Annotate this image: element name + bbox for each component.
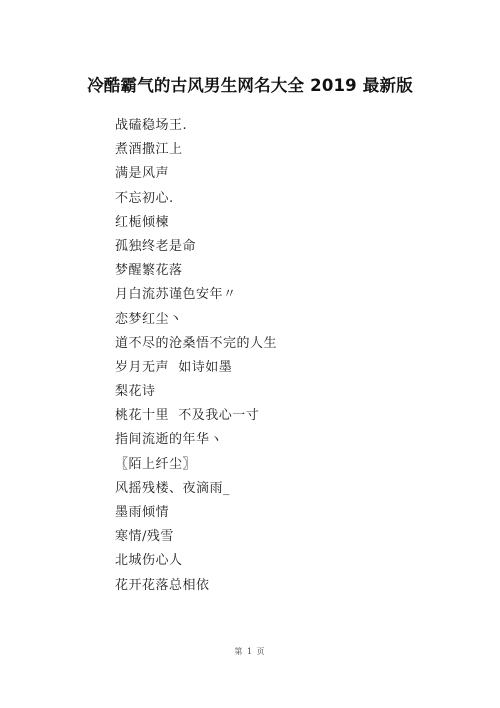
list-item: 月白流苏谨色安年〃	[115, 283, 277, 307]
list-item: 道不尽的沧桑悟不完的人生	[115, 332, 277, 356]
list-item: 不忘初心.	[115, 187, 277, 211]
list-item: 墨雨倾情	[115, 501, 277, 525]
list-item: 满是风声	[115, 162, 277, 186]
list-item: 〖陌上纤尘〗	[115, 453, 277, 477]
list-item: 孤独终老是命	[115, 235, 277, 259]
list-item: 恋梦红尘丶	[115, 308, 277, 332]
nickname-list: 战磕稳场王. 煮酒撒江上 满是风声 不忘初心. 红栀倾楝 孤独终老是命 梦醒繁花…	[115, 114, 277, 598]
document-page: 冷酷霸气的古风男生网名大全 2019 最新版 战磕稳场王. 煮酒撒江上 满是风声…	[0, 0, 500, 708]
list-item: 战磕稳场王.	[115, 114, 277, 138]
list-item: 梦醒繁花落	[115, 259, 277, 283]
list-item: 红栀倾楝	[115, 211, 277, 235]
list-item: 寒情/残雪	[115, 525, 277, 549]
list-item: 梨花诗	[115, 380, 277, 404]
list-item: 风摇残楼、夜滴雨_	[115, 477, 277, 501]
list-item: 岁月无声 如诗如墨	[115, 356, 277, 380]
document-title: 冷酷霸气的古风男生网名大全 2019 最新版	[0, 74, 500, 98]
list-item: 桃花十里 不及我心一寸	[115, 404, 277, 428]
list-item: 指间流逝的年华ヽ	[115, 428, 277, 452]
page-number: 第 1 页	[0, 646, 500, 657]
list-item: 花开花落总相依	[115, 574, 277, 598]
list-item: 煮酒撒江上	[115, 138, 277, 162]
list-item: 北城伤心人	[115, 549, 277, 573]
